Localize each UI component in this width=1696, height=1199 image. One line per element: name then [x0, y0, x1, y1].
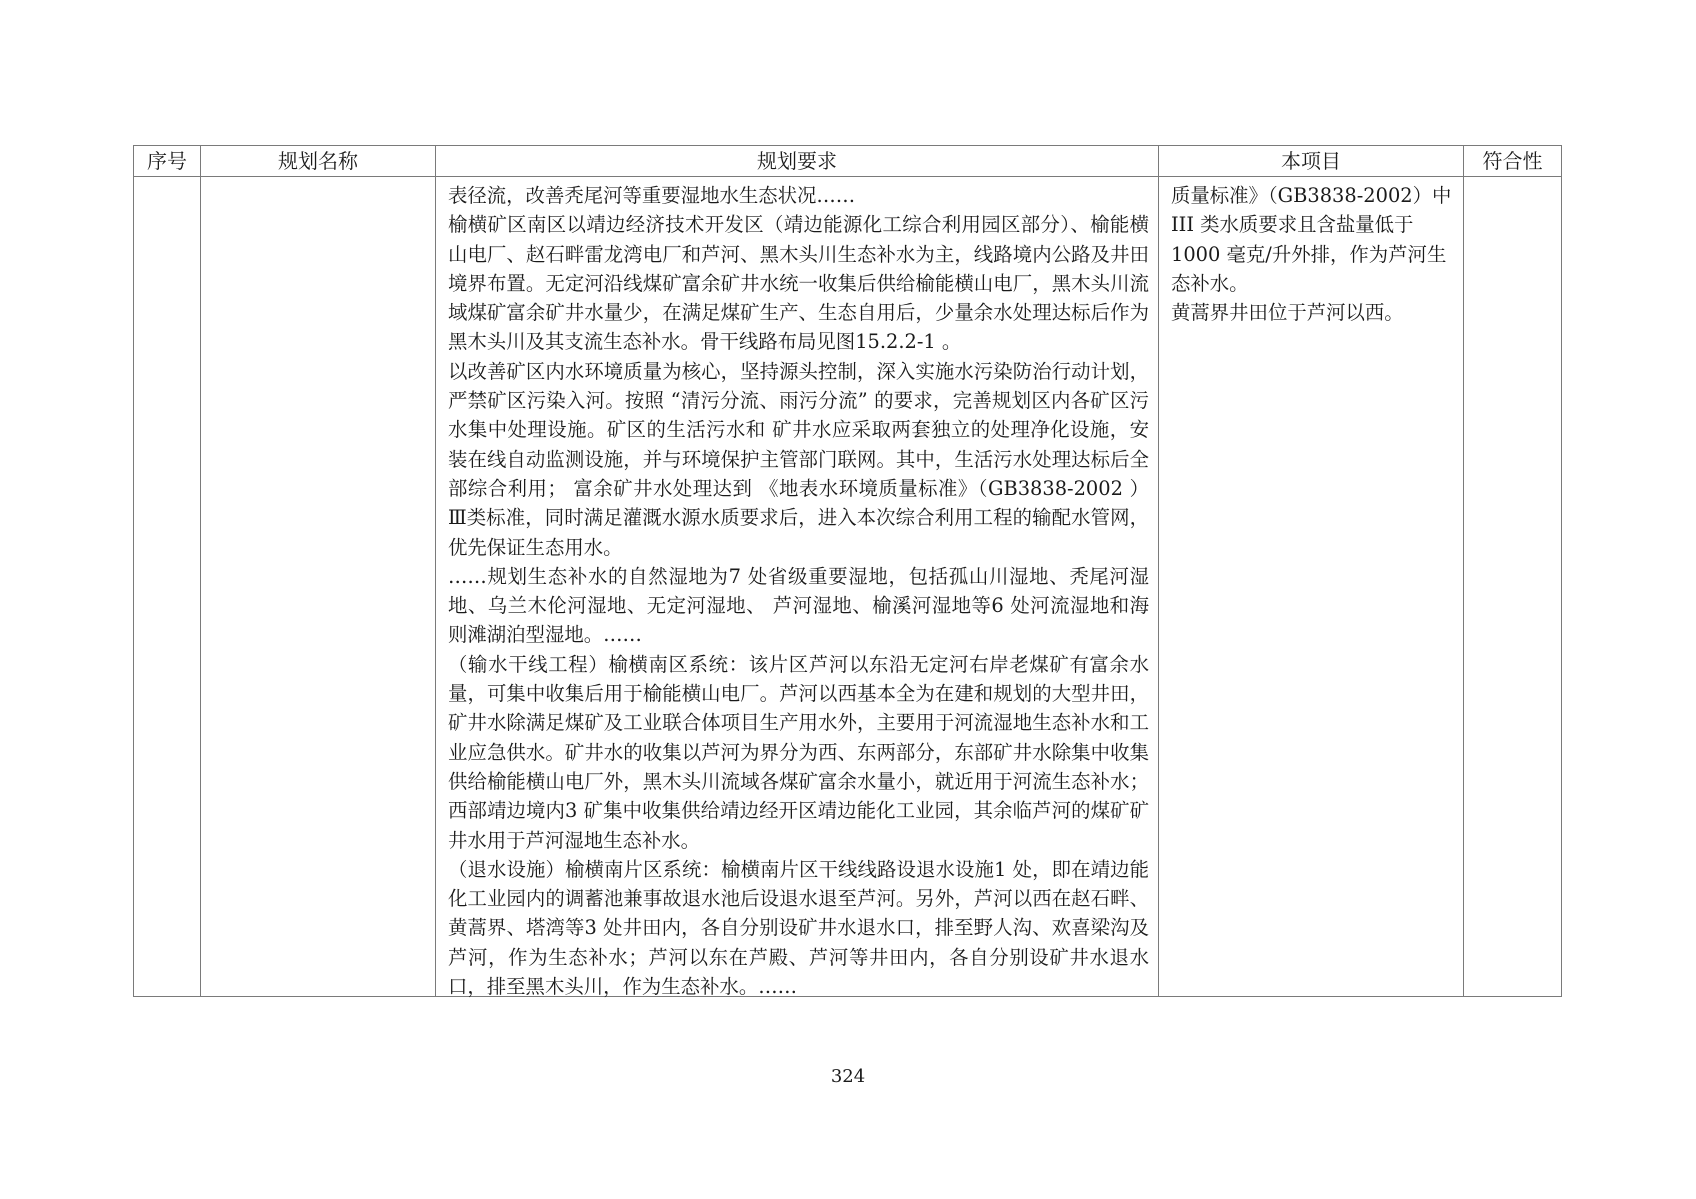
page-number: 324 [0, 1066, 1696, 1087]
requirement-paragraph: ……规划生态补水的自然湿地为7 处省级重要湿地，包括孤山川湿地、秃尾河湿地、乌兰… [448, 562, 1149, 650]
requirement-paragraph: （退水设施）榆横南片区系统：榆横南片区干线线路设退水设施1 处，即在靖边能化工业… [448, 855, 1149, 1001]
cell-this-project: 质量标准》（GB3838-2002）中III 类水质要求且含盐量低于1000 毫… [1159, 177, 1464, 327]
header-this-project: 本项目 [1159, 146, 1463, 177]
project-paragraph: 质量标准》（GB3838-2002）中III 类水质要求且含盐量低于1000 毫… [1171, 181, 1454, 298]
requirement-paragraph: 榆横矿区南区以靖边经济技术开发区（靖边能源化工综合利用园区部分）、榆能横山电厂、… [448, 210, 1149, 356]
header-compliance: 符合性 [1464, 146, 1561, 177]
requirement-paragraph: 以改善矿区内水环境质量为核心，坚持源头控制，深入实施水污染防治行动计划，严禁矿区… [448, 357, 1149, 562]
requirement-paragraph: （输水干线工程）榆横南区系统：该片区芦河以东沿无定河右岸老煤矿有富余水量，可集中… [448, 650, 1149, 855]
header-index: 序号 [134, 146, 200, 177]
header-plan-name: 规划名称 [201, 146, 435, 177]
planning-compliance-table: 序号 规划名称 规划要求 本项目 符合性 表径流，改善秃尾河等重要湿地水生态状况… [133, 145, 1562, 997]
requirement-paragraph: 表径流，改善秃尾河等重要湿地水生态状况…… [448, 181, 1149, 210]
project-paragraph: 黄蒿界井田位于芦河以西。 [1171, 298, 1454, 327]
column-divider [200, 146, 201, 996]
cell-requirements: 表径流，改善秃尾河等重要湿地水生态状况…… 榆横矿区南区以靖边经济技术开发区（靖… [436, 177, 1159, 1001]
header-requirements: 规划要求 [436, 146, 1158, 177]
